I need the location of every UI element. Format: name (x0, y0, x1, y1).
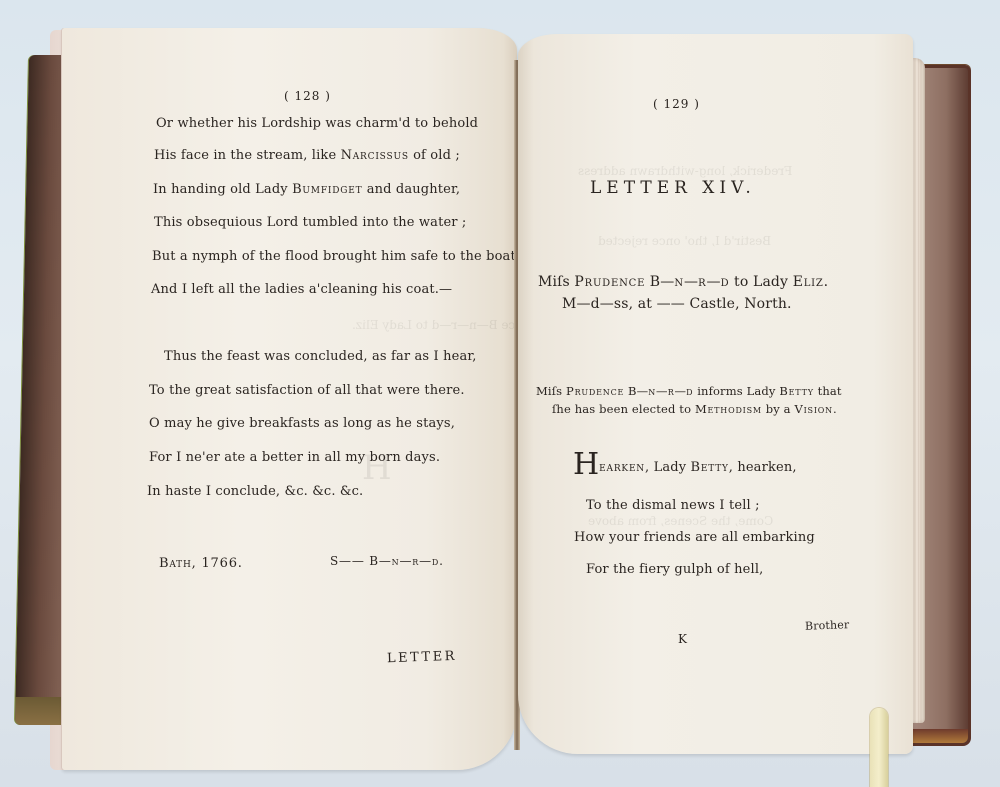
page-number-129: ( 129 ) (653, 97, 700, 111)
verse-line: In handing old Lady Bumfidget and daught… (153, 182, 460, 197)
address-line: M—d—ss, at —— Castle, North. (562, 296, 792, 312)
verse-line: For I ne'er ate a better in all my born … (149, 450, 440, 465)
verse-line: Thus the feast was concluded, as far as … (164, 349, 477, 364)
page-number-128: ( 128 ) (284, 89, 331, 103)
catchword-letter: LETTER (387, 649, 457, 666)
ribbon-bookmark (870, 708, 888, 787)
argument-line: Miſs Prudence B—n—r—d informs Lady Betty… (536, 384, 842, 398)
argument-line: ſhe has been elected to Methodism by a V… (552, 402, 837, 416)
book-photo-scene: Miss Prudence B—n—r—d to Lady Eliz. H ( … (0, 0, 1000, 787)
letter-signature: S—— B—n—r—d. (330, 554, 444, 568)
place-date: Bath, 1766. (159, 556, 243, 571)
verse-line: Or whether his Lordship was charm'd to b… (156, 116, 478, 131)
right-page: Frederick, long-withdrawn address Bestir… (518, 34, 913, 754)
verse-line: O may he give breakfasts as long as he s… (149, 416, 455, 431)
verse-line: For the fiery gulph of hell, (586, 562, 763, 577)
catchword-brother: Brother (805, 618, 850, 633)
verse-line: This obsequious Lord tumbled into the wa… (154, 215, 466, 230)
verse-line: And I left all the ladies a'cleaning his… (151, 282, 452, 297)
verse-line: Hearken, Lady Betty, hearken, (573, 450, 797, 480)
verse-line: How your friends are all embarking (574, 530, 815, 545)
drop-cap: H (573, 447, 599, 482)
letter-heading: LETTER XIV. (590, 178, 756, 198)
show-through-text: Come, the Scenes, from above (588, 514, 773, 528)
address-line: Miſs Prudence B—n—r—d to Lady Eliz. (538, 274, 829, 290)
verse-line: To the dismal news I tell ; (586, 498, 760, 513)
left-page: Miss Prudence B—n—r—d to Lady Eliz. H ( … (62, 28, 517, 770)
verse-line: His face in the stream, like Narcissus o… (154, 148, 460, 163)
verse-line: But a nymph of the flood brought him saf… (152, 249, 520, 264)
show-through-text: Bestir'd I, tho' once rejected (598, 234, 771, 248)
verse-line: In haste I conclude, &c. &c. &c. (147, 484, 363, 499)
show-through-text: Frederick, long-withdrawn address (578, 164, 792, 178)
verse-line: To the great satisfaction of all that we… (149, 383, 465, 398)
signature-mark: K (678, 632, 687, 646)
